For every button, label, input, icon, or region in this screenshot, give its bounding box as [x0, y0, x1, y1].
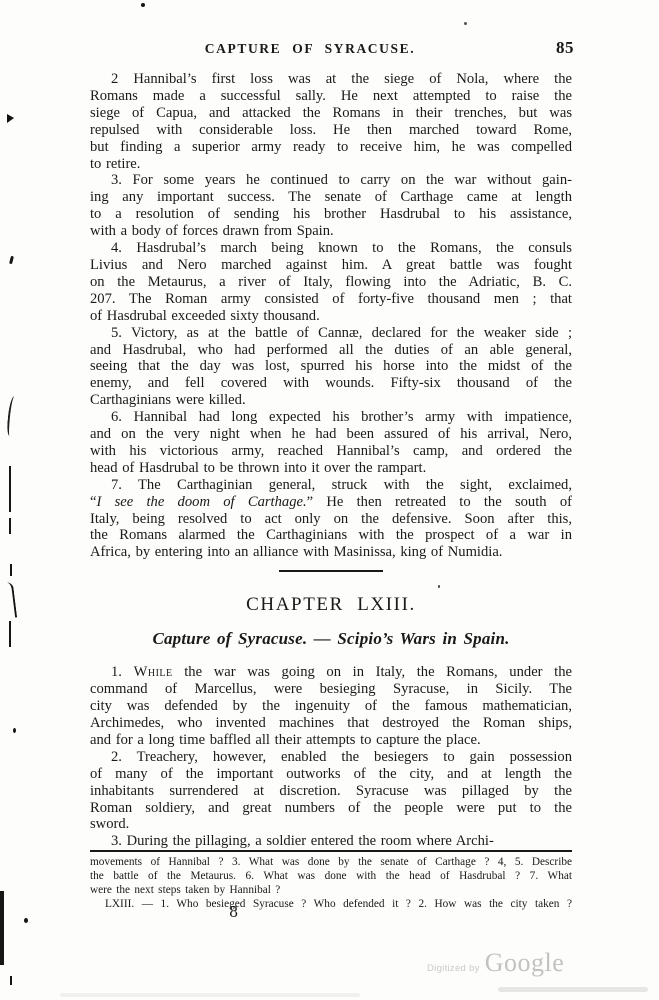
text-line: 6. Hannibal had long expected his brothe… [90, 409, 572, 426]
page-number: 85 [556, 38, 574, 58]
text-line: Roman soldiery, and great numbers of the… [90, 800, 572, 817]
text-line: 2. Treachery, however, enabled the besie… [90, 749, 572, 766]
text-line: to retire. [90, 156, 572, 173]
signature-mark: 8 [229, 905, 238, 921]
quote-rest: ” He then retreated to the south of [307, 494, 572, 510]
scan-speck [464, 22, 467, 25]
scan-mark-line [9, 466, 11, 512]
scan-mark-curve [6, 396, 17, 437]
text-line: Livius and Nero marched against him. A g… [90, 257, 572, 274]
text-line: 7. The Carthaginian general, struck with… [90, 477, 572, 494]
text-line: siege of Capua, and attacked the Romans … [90, 105, 572, 122]
text-line: and on the very night when he had been a… [90, 426, 572, 443]
paragraph-6: 6. Hannibal had long expected his brothe… [90, 409, 572, 477]
scan-mark-line [9, 621, 11, 647]
footnote-line: the battle of the Metaurus. 6. What was … [90, 870, 572, 884]
text-line: the Romans alarmed the Carthaginians wit… [90, 527, 572, 544]
text-line: of Hasdrubal exceeded sixty thousand. [90, 308, 572, 325]
text-line: Carthaginians were killed. [90, 392, 572, 409]
chapter-heading: CHAPTER LXIII. [90, 594, 572, 616]
paragraph-2-ch63: 2. Treachery, however, enabled the besie… [90, 749, 572, 834]
footnote-block: movements of Hannibal ? 3. What was done… [90, 850, 572, 912]
scan-bottom-smudge [498, 987, 648, 992]
scan-mark-hook [4, 582, 17, 619]
text-line: 3. For some years he continued to carry … [90, 172, 572, 189]
text-line: head of Hasdrubal to be thrown into it o… [90, 460, 572, 477]
text-line-with-smallcaps: 1. While the war was going on in Italy, … [90, 664, 572, 681]
paragraph-3: 3. For some years he continued to carry … [90, 172, 572, 240]
chapter-divider-rule [279, 570, 383, 572]
text-line: of many of the important outworks of the… [90, 766, 572, 783]
text-line: command of Marcellus, were besieging Syr… [90, 681, 572, 698]
scan-mark-comma [9, 256, 14, 264]
scan-speck [438, 585, 440, 588]
paragraph-3-ch63: 3. During the pillaging, a soldier enter… [90, 833, 572, 850]
line-rest: the war was going on in Italy, the Roman… [173, 664, 572, 680]
scan-mark-triangle [7, 114, 14, 123]
paragraph-4: 4. Hasdrubal’s march being known to the … [90, 240, 572, 325]
paragraph-2: 2 Hannibal’s first loss was at the siege… [90, 71, 572, 172]
text-line: enemy, and fell covered with wounds. Fif… [90, 375, 572, 392]
scanned-book-page: CAPTURE OF SYRACUSE. 85 2 Hannibal’s fir… [0, 0, 659, 1000]
running-head: CAPTURE OF SYRACUSE. [69, 41, 551, 57]
chapter-subtitle: Capture of Syracuse. — Scipio’s Wars in … [90, 629, 572, 649]
text-line: 5. Victory, as at the battle of Cannæ, d… [90, 325, 572, 342]
paragraph-7: 7. The Carthaginian general, struck with… [90, 477, 572, 562]
text-line: 2 Hannibal’s first loss was at the siege… [90, 71, 572, 88]
text-line: ing any important success. The senate of… [90, 189, 572, 206]
text-line: repulsed with considerable loss. He then… [90, 122, 572, 139]
scan-speck [24, 918, 28, 923]
text-line-with-quote: “I see the doom of Carthage.” He then re… [90, 494, 572, 511]
footnote-line: were the next steps taken by Hannibal ? [90, 884, 572, 898]
scan-mark-dash [10, 976, 12, 985]
text-line: with his victorious army, reached Hannib… [90, 443, 572, 460]
text-line: seeing that the day was lost, spurred hi… [90, 358, 572, 375]
scan-mark-dash [9, 518, 11, 534]
text-line: 207. The Roman army consisted of forty-f… [90, 291, 572, 308]
footnote-rule [90, 850, 572, 852]
text-line: Italy, being resolved to act only on the… [90, 511, 572, 528]
text-line: to a resolution of sending his brother H… [90, 206, 572, 223]
scan-mark-dash [10, 564, 12, 576]
text-line: inhabitants surrendered at discretion. S… [90, 783, 572, 800]
italic-quote: I see the doom of Carthage. [96, 494, 306, 510]
paragraph-number: 1. [111, 664, 134, 680]
text-line: Africa, by entering into an alliance wit… [90, 544, 572, 561]
smallcaps-word: While [134, 664, 173, 680]
text-line: and for a long time baffled all their at… [90, 732, 572, 749]
footnote-line: movements of Hannibal ? 3. What was done… [90, 856, 572, 870]
text-line: 3. During the pillaging, a soldier enter… [90, 833, 572, 850]
paragraph-1-ch63: 1. While the war was going on in Italy, … [90, 664, 572, 749]
footnote-line: LXIII. — 1. Who besieged Syracuse ? Who … [90, 898, 572, 912]
text-line: with a body of forces drawn from Spain. [90, 223, 572, 240]
text-line: sword. [90, 816, 572, 833]
text-line: on the Metaurus, a river of Italy, flowi… [90, 274, 572, 291]
text-line: Archimedes, who invented machines that d… [90, 715, 572, 732]
text-line: and Hasdrubal, who had performed all the… [90, 342, 572, 359]
paragraph-5: 5. Victory, as at the battle of Cannæ, d… [90, 325, 572, 410]
text-line: city was defended by the ingenuity of th… [90, 698, 572, 715]
scan-speck [13, 728, 16, 733]
text-line: but finding a superior army ready to rec… [90, 139, 572, 156]
scan-edge-bar [0, 891, 4, 965]
watermark: Digitized by Google [427, 948, 564, 978]
text-line: 4. Hasdrubal’s march being known to the … [90, 240, 572, 257]
google-logo: Google [485, 948, 565, 978]
text-line: Romans made a successful sally. He next … [90, 88, 572, 105]
scan-speck [141, 3, 145, 7]
scan-bottom-smudge [60, 993, 360, 997]
digitized-by-label: Digitized by [427, 963, 480, 974]
main-text-block: 2 Hannibal’s first loss was at the siege… [90, 71, 572, 850]
